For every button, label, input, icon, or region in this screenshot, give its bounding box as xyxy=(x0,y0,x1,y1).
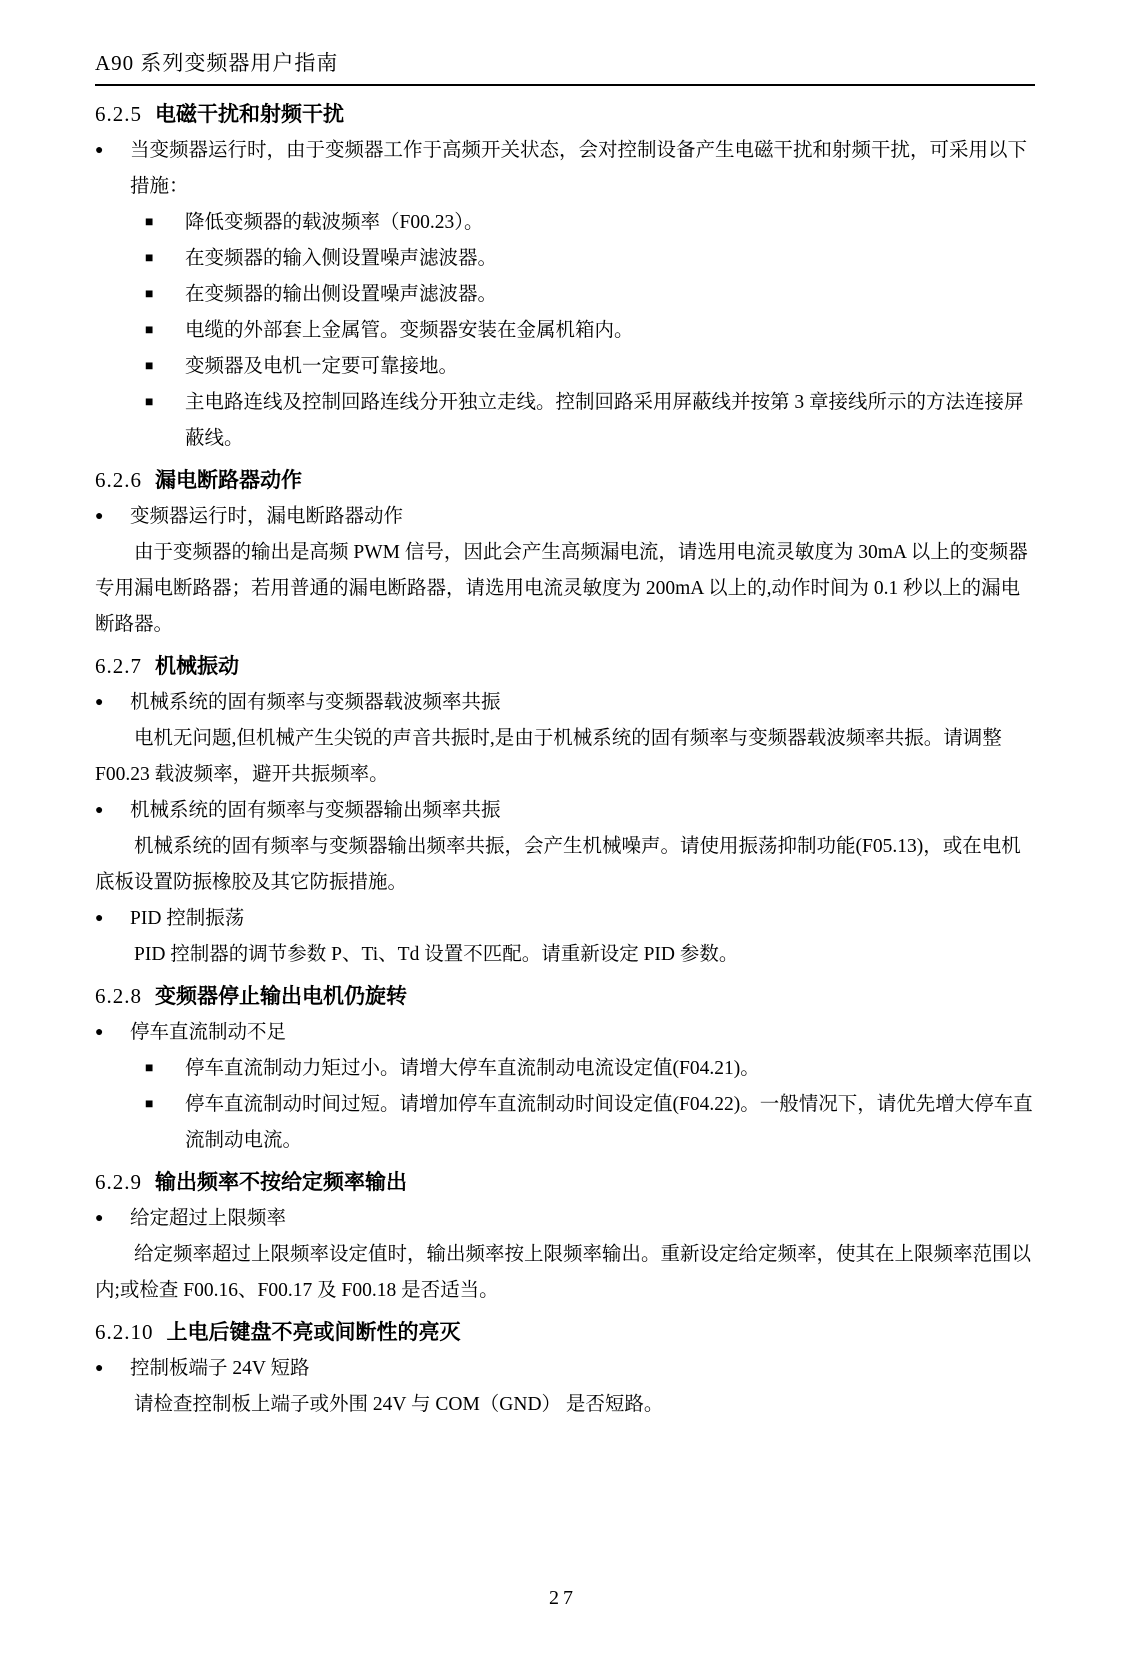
bullet-item: ●控制板端子 24V 短路 xyxy=(95,1351,1035,1387)
square-bullet-icon: ■ xyxy=(145,313,185,349)
bullet-item: ●机械系统的固有频率与变频器输出频率共振 xyxy=(95,793,1035,829)
item-text: 给定超过上限频率 xyxy=(130,1201,1035,1237)
round-bullet-icon: ● xyxy=(95,1015,130,1051)
bullet-item: ●机械系统的固有频率与变频器载波频率共振 xyxy=(95,685,1035,721)
round-bullet-icon: ● xyxy=(95,133,130,169)
square-bullet-icon: ■ xyxy=(145,385,185,421)
section-heading: 6.2.6漏电断路器动作 xyxy=(95,462,1035,498)
document-body: 6.2.5电磁干扰和射频干扰●当变频器运行时，由于变频器工作于高频开关状态，会对… xyxy=(95,96,1035,1423)
item-text: 在变频器的输入侧设置噪声滤波器。 xyxy=(185,241,1035,277)
document-header-title: A90 系列变频器用户指南 xyxy=(95,48,1035,78)
bullet-item: ●PID 控制振荡 xyxy=(95,901,1035,937)
item-text: 主电路连线及控制回路连线分开独立走线。控制回路采用屏蔽线并按第 3 章接线所示的… xyxy=(185,385,1035,457)
item-text: 机械系统的固有频率与变频器载波频率共振 xyxy=(130,685,1035,721)
section-heading: 6.2.10上电后键盘不亮或间断性的亮灭 xyxy=(95,1314,1035,1350)
item-text: 当变频器运行时，由于变频器工作于高频开关状态，会对控制设备产生电磁干扰和射频干扰… xyxy=(130,133,1035,205)
square-bullet-icon: ■ xyxy=(145,277,185,313)
section-number: 6.2.8 xyxy=(95,984,142,1008)
paragraph: 由于变频器的输出是高频 PWM 信号，因此会产生高频漏电流，请选用电流灵敏度为 … xyxy=(95,535,1035,643)
item-text: 降低变频器的载波频率（F00.23）。 xyxy=(185,205,1035,241)
round-bullet-icon: ● xyxy=(95,793,130,829)
square-item: ■在变频器的输入侧设置噪声滤波器。 xyxy=(145,241,1035,277)
paragraph: 电机无问题,但机械产生尖锐的声音共振时,是由于机械系统的固有频率与变频器载波频率… xyxy=(95,721,1035,793)
section-number: 6.2.6 xyxy=(95,468,142,492)
item-text: 在变频器的输出侧设置噪声滤波器。 xyxy=(185,277,1035,313)
section-title: 上电后键盘不亮或间断性的亮灭 xyxy=(167,1320,461,1344)
section-title: 机械振动 xyxy=(155,654,239,678)
square-item: ■电缆的外部套上金属管。变频器安装在金属机箱内。 xyxy=(145,313,1035,349)
bullet-item: ●给定超过上限频率 xyxy=(95,1201,1035,1237)
section-heading: 6.2.7机械振动 xyxy=(95,648,1035,684)
round-bullet-icon: ● xyxy=(95,499,130,535)
round-bullet-icon: ● xyxy=(95,1351,130,1387)
section-number: 6.2.9 xyxy=(95,1170,142,1194)
item-text: 机械系统的固有频率与变频器输出频率共振 xyxy=(130,793,1035,829)
square-item: ■变频器及电机一定要可靠接地。 xyxy=(145,349,1035,385)
item-text: 停车直流制动不足 xyxy=(130,1015,1035,1051)
page-number: 27 xyxy=(0,1587,1126,1610)
bullet-item: ●变频器运行时，漏电断路器动作 xyxy=(95,499,1035,535)
square-bullet-icon: ■ xyxy=(145,205,185,241)
document-page: A90 系列变频器用户指南 6.2.5电磁干扰和射频干扰●当变频器运行时，由于变… xyxy=(0,0,1126,1654)
square-bullet-icon: ■ xyxy=(145,1051,185,1087)
square-item: ■停车直流制动力矩过小。请增大停车直流制动电流设定值(F04.21)。 xyxy=(145,1051,1035,1087)
square-bullet-icon: ■ xyxy=(145,241,185,277)
section-heading: 6.2.5电磁干扰和射频干扰 xyxy=(95,96,1035,132)
square-item: ■在变频器的输出侧设置噪声滤波器。 xyxy=(145,277,1035,313)
item-text: 变频器及电机一定要可靠接地。 xyxy=(185,349,1035,385)
bullet-item: ●当变频器运行时，由于变频器工作于高频开关状态，会对控制设备产生电磁干扰和射频干… xyxy=(95,133,1035,205)
item-text: PID 控制振荡 xyxy=(130,901,1035,937)
item-text: 停车直流制动力矩过小。请增大停车直流制动电流设定值(F04.21)。 xyxy=(185,1051,1035,1087)
item-text: 控制板端子 24V 短路 xyxy=(130,1351,1035,1387)
square-item: ■降低变频器的载波频率（F00.23）。 xyxy=(145,205,1035,241)
item-text: 变频器运行时，漏电断路器动作 xyxy=(130,499,1035,535)
paragraph: 请检查控制板上端子或外围 24V 与 COM（GND） 是否短路。 xyxy=(95,1387,1035,1423)
section-heading: 6.2.8变频器停止输出电机仍旋转 xyxy=(95,978,1035,1014)
section-number: 6.2.7 xyxy=(95,654,142,678)
square-bullet-icon: ■ xyxy=(145,349,185,385)
round-bullet-icon: ● xyxy=(95,685,130,721)
section-title: 输出频率不按给定频率输出 xyxy=(155,1170,407,1194)
square-item: ■停车直流制动时间过短。请增加停车直流制动时间设定值(F04.22)。一般情况下… xyxy=(145,1087,1035,1159)
header-divider xyxy=(95,84,1035,86)
square-item: ■主电路连线及控制回路连线分开独立走线。控制回路采用屏蔽线并按第 3 章接线所示… xyxy=(145,385,1035,457)
item-text: 停车直流制动时间过短。请增加停车直流制动时间设定值(F04.22)。一般情况下，… xyxy=(185,1087,1035,1159)
bullet-item: ●停车直流制动不足 xyxy=(95,1015,1035,1051)
paragraph: 给定频率超过上限频率设定值时，输出频率按上限频率输出。重新设定给定频率，使其在上… xyxy=(95,1237,1035,1309)
item-text: 电缆的外部套上金属管。变频器安装在金属机箱内。 xyxy=(185,313,1035,349)
paragraph: PID 控制器的调节参数 P、Ti、Td 设置不匹配。请重新设定 PID 参数。 xyxy=(95,937,1035,973)
paragraph: 机械系统的固有频率与变频器输出频率共振，会产生机械噪声。请使用振荡抑制功能(F0… xyxy=(95,829,1035,901)
section-number: 6.2.10 xyxy=(95,1320,154,1344)
section-title: 漏电断路器动作 xyxy=(155,468,302,492)
section-title: 变频器停止输出电机仍旋转 xyxy=(155,984,407,1008)
round-bullet-icon: ● xyxy=(95,1201,130,1237)
square-bullet-icon: ■ xyxy=(145,1087,185,1123)
section-title: 电磁干扰和射频干扰 xyxy=(155,102,344,126)
section-heading: 6.2.9输出频率不按给定频率输出 xyxy=(95,1164,1035,1200)
section-number: 6.2.5 xyxy=(95,102,142,126)
round-bullet-icon: ● xyxy=(95,901,130,937)
